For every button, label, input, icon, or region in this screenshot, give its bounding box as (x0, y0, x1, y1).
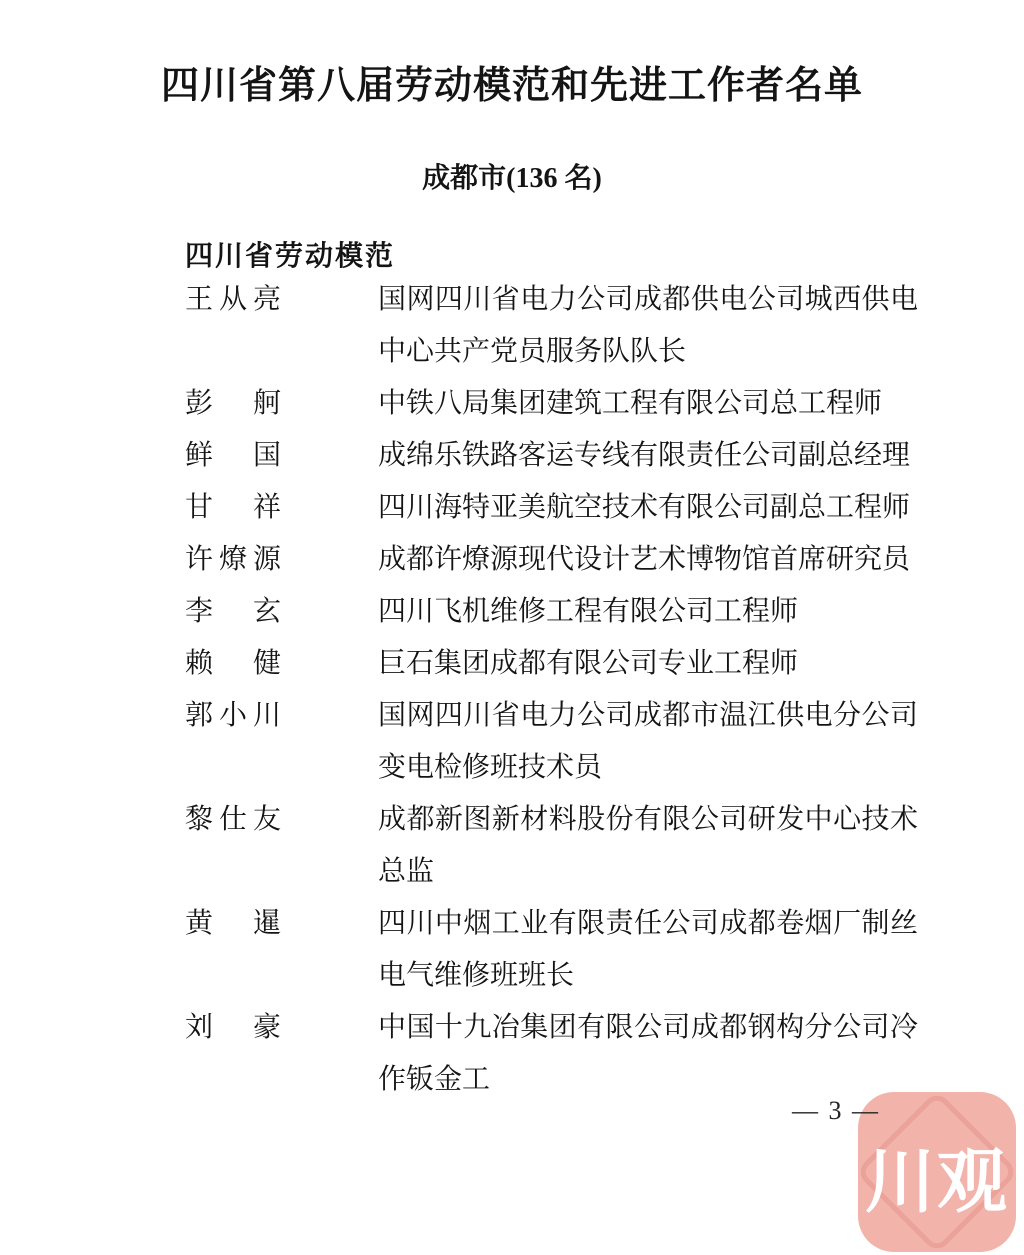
list-item: 黎仕友 成都新图新材料股份有限公司研发中心技术总监 (185, 794, 918, 898)
person-name: 李 玄 (185, 586, 378, 638)
person-title: 巨石集团成都有限公司专业工程师 (378, 638, 918, 690)
person-title: 四川海特亚美航空技术有限公司副总工程师 (378, 482, 918, 534)
person-name: 许燎源 (185, 534, 378, 586)
chuanguan-logo: 川观 (858, 1092, 1016, 1252)
person-name: 黄 暹 (185, 898, 378, 950)
person-name: 赖 健 (185, 638, 378, 690)
list-item: 郭小川 国网四川省电力公司成都市温江供电分公司变电检修班技术员 (185, 690, 918, 794)
list-item: 刘 豪 中国十九冶集团有限公司成都钢构分公司冷作钣金工 (185, 1002, 918, 1106)
list-item: 彭 舸 中铁八局集团建筑工程有限公司总工程师 (185, 378, 918, 430)
person-title: 成都新图新材料股份有限公司研发中心技术总监 (378, 794, 918, 898)
labor-model-list: 王从亮 国网四川省电力公司成都供电公司城西供电中心共产党员服务队队长 彭 舸 中… (185, 274, 918, 1106)
person-name: 郭小川 (185, 690, 378, 742)
list-item: 赖 健 巨石集团成都有限公司专业工程师 (185, 638, 918, 690)
person-title: 成都许燎源现代设计艺术博物馆首席研究员 (378, 534, 918, 586)
document-page: 四川省第八届劳动模范和先进工作者名单 成都市(136 名) 四川省劳动模范 王从… (0, 0, 1024, 1255)
person-name: 鲜 国 (185, 430, 378, 482)
list-item: 许燎源 成都许燎源现代设计艺术博物馆首席研究员 (185, 534, 918, 586)
person-name: 彭 舸 (185, 378, 378, 430)
list-item: 鲜 国 成绵乐铁路客运专线有限责任公司副总经理 (185, 430, 918, 482)
page-subtitle: 成都市(136 名) (0, 162, 1024, 196)
person-title: 四川中烟工业有限责任公司成都卷烟厂制丝电气维修班班长 (378, 898, 918, 1002)
person-title: 中铁八局集团建筑工程有限公司总工程师 (378, 378, 918, 430)
person-name: 刘 豪 (185, 1002, 378, 1054)
chuanguan-logo-text: 川观 (865, 1126, 1009, 1227)
person-title: 成绵乐铁路客运专线有限责任公司副总经理 (378, 430, 918, 482)
person-title: 四川飞机维修工程有限公司工程师 (378, 586, 918, 638)
list-item: 李 玄 四川飞机维修工程有限公司工程师 (185, 586, 918, 638)
list-item: 王从亮 国网四川省电力公司成都供电公司城西供电中心共产党员服务队队长 (185, 274, 918, 378)
list-item: 黄 暹 四川中烟工业有限责任公司成都卷烟厂制丝电气维修班班长 (185, 898, 918, 1002)
person-title: 国网四川省电力公司成都供电公司城西供电中心共产党员服务队队长 (378, 274, 918, 378)
page-number: — 3 — (792, 1096, 880, 1126)
list-item: 甘 祥 四川海特亚美航空技术有限公司副总工程师 (185, 482, 918, 534)
section-heading: 四川省劳动模范 (185, 240, 1024, 274)
person-title: 国网四川省电力公司成都市温江供电分公司变电检修班技术员 (378, 690, 918, 794)
person-title: 中国十九冶集团有限公司成都钢构分公司冷作钣金工 (378, 1002, 918, 1106)
person-name: 甘 祥 (185, 482, 378, 534)
page-title: 四川省第八届劳动模范和先进工作者名单 (0, 0, 1024, 110)
person-name: 黎仕友 (185, 794, 378, 846)
person-name: 王从亮 (185, 274, 378, 326)
